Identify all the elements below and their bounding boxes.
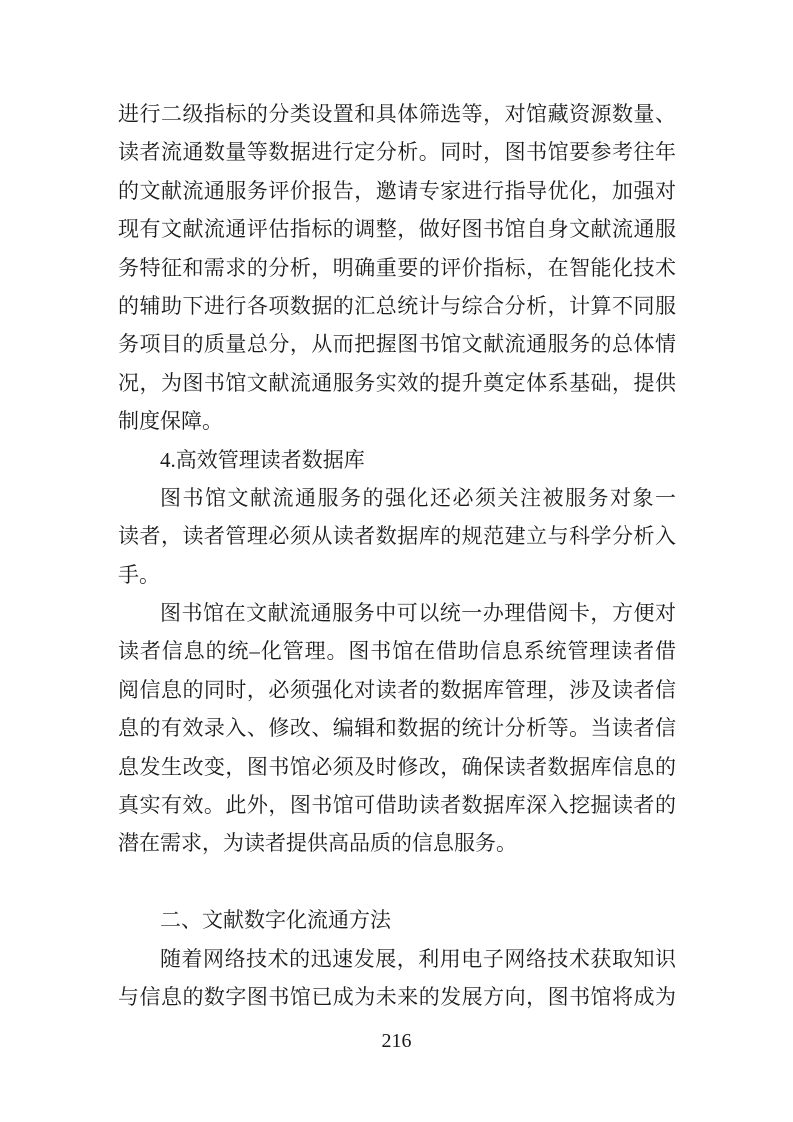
text-line: 读者，读者管理必须从读者数据库的规范建立与科学分析入: [118, 517, 676, 555]
text-line: 读者信息的统–化管理。图书馆在借助信息系统管理读者借: [118, 632, 676, 670]
page-number: 216: [0, 1028, 793, 1054]
text-line: 读者流通数量等数据进行定分析。同时，图书馆要参考往年: [118, 133, 676, 171]
text-line: 息发生改变，图书馆必须及时修改，确保读者数据库信息的: [118, 748, 676, 786]
text-line: 进行二级指标的分类设置和具体筛选等，对馆藏资源数量、: [118, 95, 676, 133]
document-body: 进行二级指标的分类设置和具体筛选等，对馆藏资源数量、 读者流通数量等数据进行定分…: [118, 95, 676, 1016]
text-line: 务特征和需求的分析，明确重要的评价指标，在智能化技术: [118, 249, 676, 287]
text-line: 潜在需求，为读者提供高品质的信息服务。: [118, 824, 676, 862]
text-line: 制度保障。: [118, 402, 676, 440]
document-page: 进行二级指标的分类设置和具体筛选等，对馆藏资源数量、 读者流通数量等数据进行定分…: [0, 0, 793, 1122]
text-line: 息的有效录入、修改、编辑和数据的统计分析等。当读者信: [118, 709, 676, 747]
text-line: 的辅助下进行各项数据的汇总统计与综合分析，计算不同服: [118, 287, 676, 325]
text-line: 阅信息的同时，必须强化对读者的数据库管理，涉及读者信: [118, 671, 676, 709]
subsection-heading: 4.高效管理读者数据库: [118, 441, 676, 479]
text-line: 手。: [118, 556, 676, 594]
text-line: 图书馆在文献流通服务中可以统一办理借阅卡，方便对: [118, 594, 676, 632]
blank-line: [118, 863, 676, 901]
text-line: 图书馆文献流通服务的强化还必须关注被服务对象一: [118, 479, 676, 517]
text-line: 与信息的数字图书馆已成为未来的发展方向，图书馆将成为: [118, 978, 676, 1016]
section-heading: 二、文献数字化流通方法: [118, 901, 676, 939]
text-line: 况，为图书馆文献流通服务实效的提升奠定体系基础，提供: [118, 364, 676, 402]
text-line: 现有文献流通评估指标的调整，做好图书馆自身文献流通服: [118, 210, 676, 248]
text-line: 务项目的质量总分，从而把握图书馆文献流通服务的总体情: [118, 325, 676, 363]
text-line: 的文献流通服务评价报告，邀请专家进行指导优化，加强对: [118, 172, 676, 210]
text-line: 真实有效。此外，图书馆可借助读者数据库深入挖掘读者的: [118, 786, 676, 824]
text-line: 随着网络技术的迅速发展，利用电子网络技术获取知识: [118, 940, 676, 978]
